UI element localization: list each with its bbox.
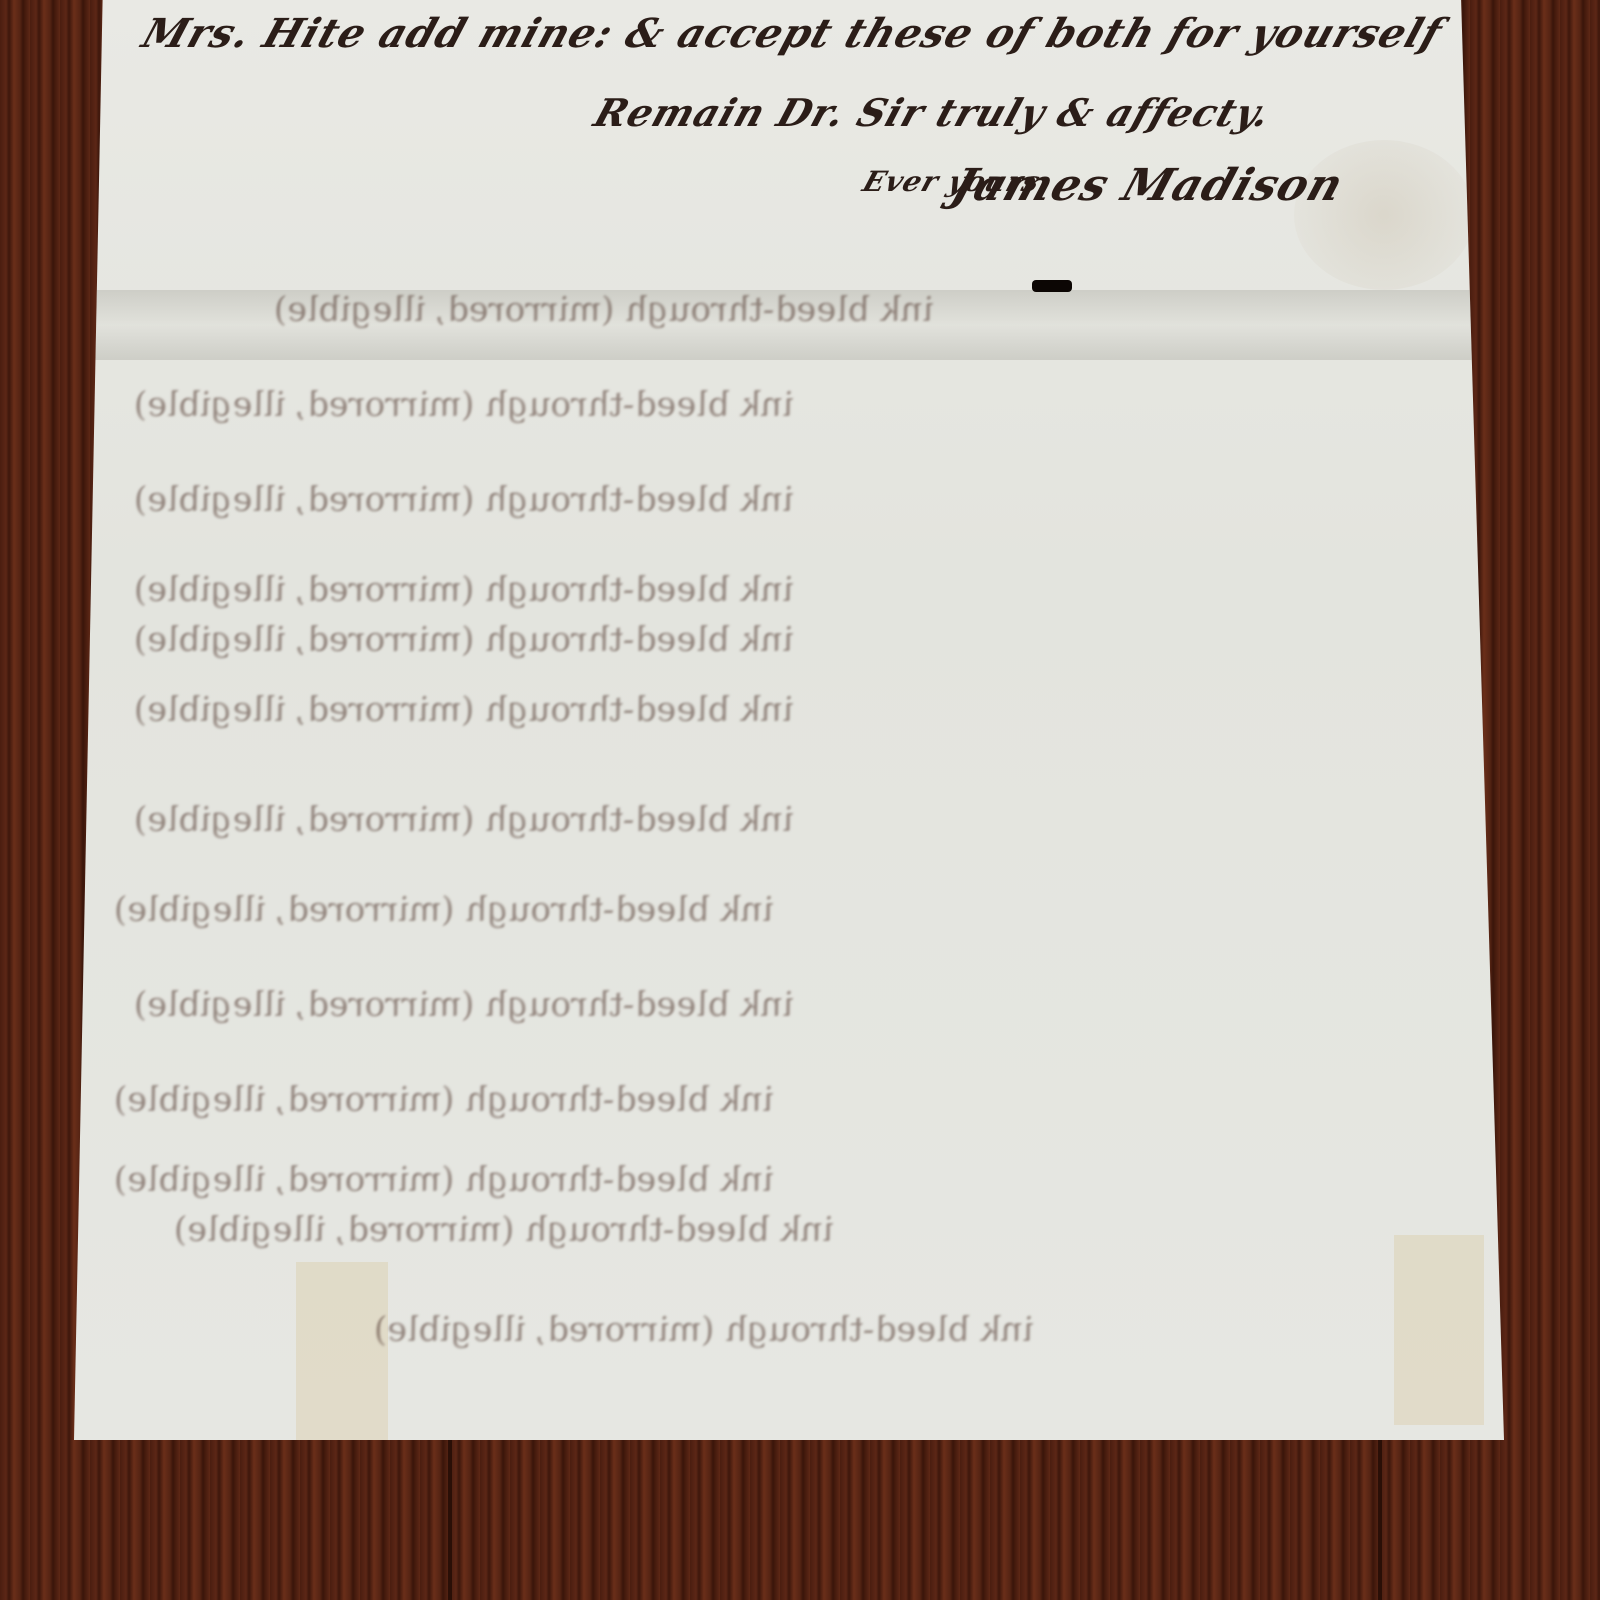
hinge-tape bbox=[296, 1262, 388, 1440]
bleed-through-line: ink bleed-through (mirrored, illegible) bbox=[370, 1310, 1038, 1350]
bleed-through-line: ink bleed-through (mirrored, illegible) bbox=[110, 1160, 778, 1200]
closing-line-1: Mrs. Hite add mine: & accept these of bo… bbox=[136, 10, 1448, 57]
bleed-through-line: ink bleed-through (mirrored, illegible) bbox=[270, 290, 938, 330]
bleed-through-line: ink bleed-through (mirrored, illegible) bbox=[170, 1210, 838, 1250]
bleed-through-line: ink bleed-through (mirrored, illegible) bbox=[130, 570, 798, 610]
bleed-through-line: ink bleed-through (mirrored, illegible) bbox=[130, 620, 798, 660]
bleed-through-line: ink bleed-through (mirrored, illegible) bbox=[130, 800, 798, 840]
wood-board-seam bbox=[1378, 1440, 1382, 1600]
bleed-through-line: ink bleed-through (mirrored, illegible) bbox=[130, 480, 798, 520]
bleed-through-line: ink bleed-through (mirrored, illegible) bbox=[130, 985, 798, 1025]
bleed-through-line: ink bleed-through (mirrored, illegible) bbox=[130, 690, 798, 730]
letter-paper: Mrs. Hite add mine: & accept these of bo… bbox=[74, 0, 1504, 1440]
signature: James Madison bbox=[946, 160, 1350, 211]
paper-hole bbox=[1032, 280, 1072, 292]
wood-board-seam bbox=[448, 1440, 452, 1600]
bleed-through-line: ink bleed-through (mirrored, illegible) bbox=[110, 1080, 778, 1120]
hinge-tape bbox=[1394, 1235, 1484, 1425]
bleed-through-line: ink bleed-through (mirrored, illegible) bbox=[130, 385, 798, 425]
bleed-through-line: ink bleed-through (mirrored, illegible) bbox=[110, 890, 778, 930]
closing-line-2: Remain Dr. Sir truly & affecty. bbox=[589, 90, 1277, 135]
